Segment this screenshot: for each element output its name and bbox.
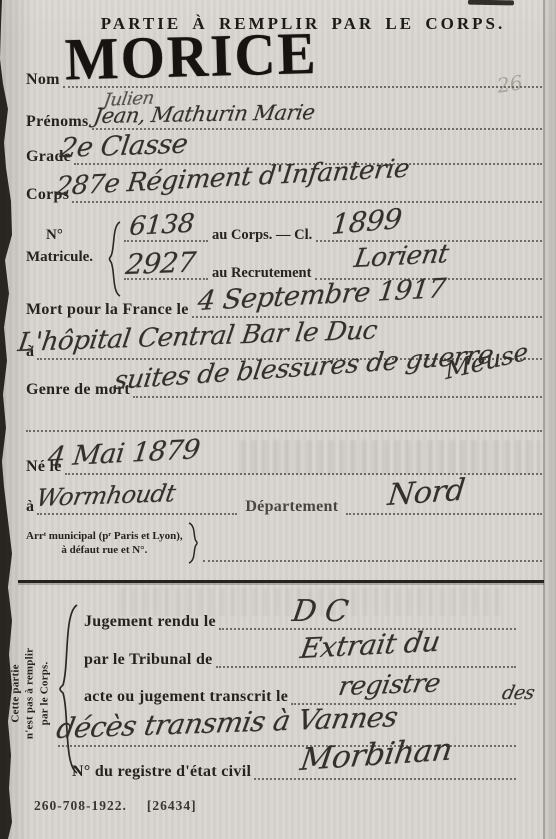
arrondissement-label-line2: à défaut rue et N°. xyxy=(26,543,183,557)
acte-handwriting: registre xyxy=(336,669,442,702)
field-jugement-label: Jugement rendu le xyxy=(84,614,219,630)
field-prenoms-label: Prénoms xyxy=(26,114,92,130)
jugement-handwriting: D C xyxy=(290,594,350,629)
field-acte-label: acte ou jugement transcrit le xyxy=(84,689,291,705)
matricule-label-no: N° xyxy=(46,228,63,243)
classe-handwriting: 1899 xyxy=(330,202,403,241)
matricule-brace xyxy=(106,220,122,298)
dotted-leader xyxy=(346,509,542,515)
dotted-leader xyxy=(254,774,516,780)
departement-label: Département xyxy=(237,499,346,515)
au-corps-label: au Corps. — Cl. xyxy=(208,228,316,243)
dotted-leader xyxy=(63,82,542,88)
dotted-leader xyxy=(216,662,516,668)
recrutement-handwriting: Lorient xyxy=(352,239,450,274)
prenoms-handwriting: Jean, Mathurin Marie xyxy=(92,100,316,128)
departement-handwriting: Nord xyxy=(386,473,466,513)
page-fold-line xyxy=(543,0,545,839)
sidebar-note-line3: par le Corps. xyxy=(37,608,51,778)
dotted-leader xyxy=(65,469,542,475)
field-mort-label: Mort pour la France le xyxy=(26,302,192,318)
imprint-ref: [26434] xyxy=(147,798,197,813)
acte-handwriting-cont: des xyxy=(500,682,536,704)
field-tribunal-label: par le Tribunal de xyxy=(84,652,216,668)
lower-section-brace xyxy=(56,603,80,775)
dotted-leader xyxy=(72,197,542,203)
field-registre-label: N° du registre d'état civil xyxy=(72,764,254,780)
arrondissement-brace xyxy=(187,521,199,565)
field-arrondissement: Arrᵗ municipal (pʳ Paris et Lyon), à déf… xyxy=(26,524,542,562)
matricule-recrutement-number-handwriting: 2927 xyxy=(124,246,197,281)
field-nom-label: Nom xyxy=(26,72,63,88)
sidebar-note-line1: Cette partie xyxy=(9,608,23,778)
imprint-code: 260-708-1922. xyxy=(34,798,127,813)
section-divider xyxy=(18,580,544,583)
sidebar-note-line2: n'est pas à remplir xyxy=(23,608,37,778)
field-nom: Nom xyxy=(26,62,542,88)
grade-handwriting: 2e Classe xyxy=(58,129,189,164)
scan-mark-artifact xyxy=(468,0,514,5)
dotted-leader xyxy=(133,392,542,398)
print-imprint: 260-708-1922.[26434] xyxy=(34,798,217,814)
dotted-leader xyxy=(203,556,542,562)
arrondissement-label-line1: Arrᵗ municipal (pʳ Paris et Lyon), xyxy=(26,529,183,543)
death-record-card: PARTIE À REMPLIR PAR LE CORPS. MORICE 26… xyxy=(0,0,556,839)
sidebar-note: Cette partie n'est pas à remplir par le … xyxy=(9,608,52,778)
dotted-leader xyxy=(26,426,542,432)
arrondissement-label-block: Arrᵗ municipal (pʳ Paris et Lyon), à déf… xyxy=(26,529,183,558)
matricule-label-matricule: Matricule. xyxy=(26,250,93,265)
continuation-line xyxy=(26,406,542,432)
field-acte: acte ou jugement transcrit le xyxy=(84,679,516,705)
lieu-naissance-handwriting: Wormhoudt xyxy=(34,479,178,512)
matricule-corps-number-handwriting: 6138 xyxy=(128,209,195,242)
au-recrutement-label: au Recrutement xyxy=(208,266,315,281)
